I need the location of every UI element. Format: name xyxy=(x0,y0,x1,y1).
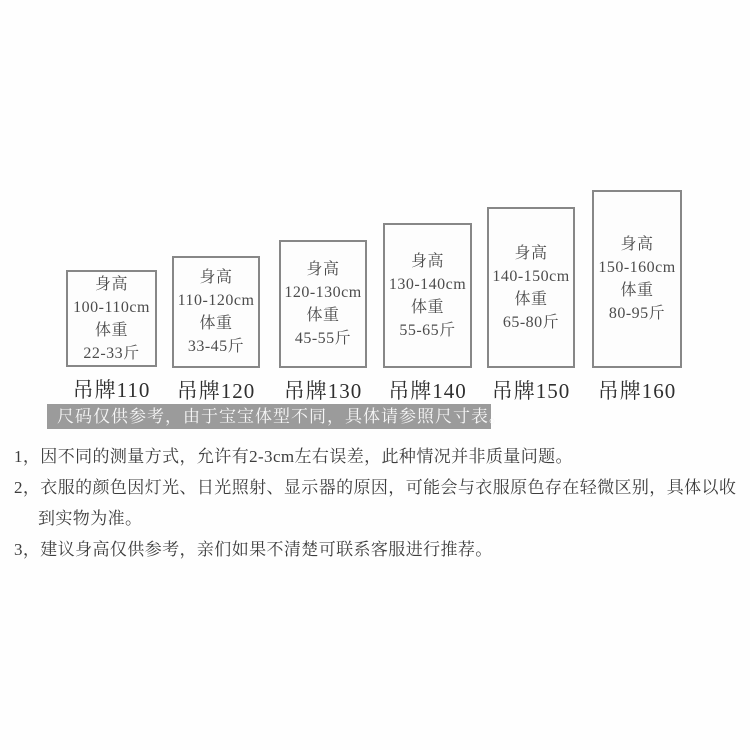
height-value: 150-160cm xyxy=(598,256,675,279)
weight-value: 55-65斤 xyxy=(399,319,455,342)
weight-title: 体重 xyxy=(411,296,444,319)
weight-value: 22-33斤 xyxy=(83,342,139,365)
notes-section: 1，因不同的测量方式，允许有2-3cm左右误差，此种情况并非质量问题。 2，衣服… xyxy=(14,441,744,565)
note-2-continued: 到实物为准。 xyxy=(14,503,744,534)
height-title: 身高 xyxy=(620,233,653,256)
size-column-120: 身高 110-120cm 体重 33-45斤 吊牌120 xyxy=(172,256,260,405)
height-value: 140-150cm xyxy=(492,265,569,288)
size-box: 身高 110-120cm 体重 33-45斤 xyxy=(172,256,260,368)
height-title: 身高 xyxy=(306,258,339,281)
size-tag-label: 吊牌130 xyxy=(284,375,363,405)
size-column-160: 身高 150-160cm 体重 80-95斤 吊牌160 xyxy=(592,190,682,405)
height-value: 100-110cm xyxy=(73,296,150,319)
size-column-140: 身高 130-140cm 体重 55-65斤 吊牌140 xyxy=(383,223,472,405)
note-1: 1，因不同的测量方式，允许有2-3cm左右误差，此种情况并非质量问题。 xyxy=(14,441,744,472)
size-box: 身高 150-160cm 体重 80-95斤 xyxy=(592,190,682,368)
height-value: 110-120cm xyxy=(178,289,255,312)
weight-title: 体重 xyxy=(514,288,547,311)
weight-title: 体重 xyxy=(620,279,653,302)
height-title: 身高 xyxy=(514,242,547,265)
size-tag-label: 吊牌110 xyxy=(73,374,151,404)
height-value: 120-130cm xyxy=(284,281,361,304)
size-notice-banner: 尺码仅供参考，由于宝宝体型不同，具体请参照尺寸表。 xyxy=(47,404,491,429)
size-tag-label: 吊牌120 xyxy=(177,375,256,405)
size-tag-label: 吊牌160 xyxy=(598,375,677,405)
height-title: 身高 xyxy=(95,273,128,296)
weight-value: 80-95斤 xyxy=(609,302,665,325)
weight-value: 33-45斤 xyxy=(188,335,244,358)
size-box: 身高 130-140cm 体重 55-65斤 xyxy=(383,223,472,368)
banner-text: 尺码仅供参考，由于宝宝体型不同，具体请参照尺寸表。 xyxy=(57,407,507,426)
size-column-130: 身高 120-130cm 体重 45-55斤 吊牌130 xyxy=(279,240,367,405)
size-tag-label: 吊牌140 xyxy=(388,375,467,405)
size-box: 身高 120-130cm 体重 45-55斤 xyxy=(279,240,367,368)
height-value: 130-140cm xyxy=(389,273,466,296)
size-box: 身高 140-150cm 体重 65-80斤 xyxy=(487,207,575,368)
height-title: 身高 xyxy=(199,266,232,289)
size-tag-label: 吊牌150 xyxy=(492,375,571,405)
size-guide-image: 身高 100-110cm 体重 22-33斤 吊牌110 身高 110-120c… xyxy=(0,0,750,750)
weight-title: 体重 xyxy=(95,319,128,342)
weight-value: 45-55斤 xyxy=(295,327,351,350)
size-column-150: 身高 140-150cm 体重 65-80斤 吊牌150 xyxy=(487,207,575,405)
height-title: 身高 xyxy=(411,250,444,273)
size-column-110: 身高 100-110cm 体重 22-33斤 吊牌110 xyxy=(66,270,157,404)
note-2: 2，衣服的颜色因灯光、日光照射、显示器的原因，可能会与衣服原色存在轻微区别，具体… xyxy=(14,472,744,503)
weight-title: 体重 xyxy=(199,312,232,335)
note-3: 3，建议身高仅供参考，亲们如果不清楚可联系客服进行推荐。 xyxy=(14,534,744,565)
size-chart: 身高 100-110cm 体重 22-33斤 吊牌110 身高 110-120c… xyxy=(0,0,750,750)
weight-title: 体重 xyxy=(306,304,339,327)
size-box: 身高 100-110cm 体重 22-33斤 xyxy=(66,270,157,367)
weight-value: 65-80斤 xyxy=(503,311,559,334)
